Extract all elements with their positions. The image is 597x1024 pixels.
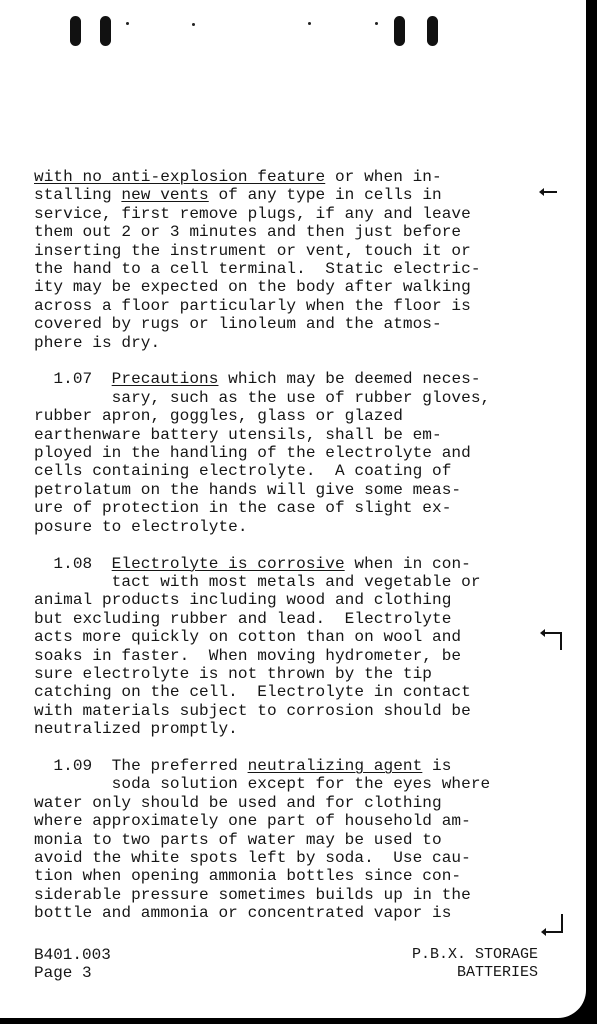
underlined-term: with no anti-explosion feature xyxy=(34,168,325,186)
text-line: the hand to a cell terminal. Static elec… xyxy=(34,260,574,278)
text-run: monia to two parts of water may be used … xyxy=(34,831,442,849)
footer-title-line1: P.B.X. STORAGE xyxy=(412,946,538,963)
text-line: siderable pressure sometimes builds up i… xyxy=(34,886,574,904)
text-line: rubber apron, goggles, glass or glazed xyxy=(34,407,574,425)
punch-hole-icon xyxy=(100,16,111,46)
paragraph-1-08: 1.08 Electrolyte is corrosive when in co… xyxy=(34,555,574,739)
underlined-term: Electrolyte is corrosive xyxy=(112,555,345,573)
text-line: with no anti-explosion feature or when i… xyxy=(34,168,574,186)
text-run: soaks in faster. When moving hydrometer,… xyxy=(34,647,461,665)
document-page: with no anti-explosion feature or when i… xyxy=(0,0,586,1018)
text-run: covered by rugs or linoleum and the atmo… xyxy=(34,315,442,333)
text-run: sure electrolyte is not thrown by the ti… xyxy=(34,665,432,683)
scan-speck xyxy=(192,23,195,26)
underlined-term: neutralizing agent xyxy=(248,757,423,775)
text-run: inserting the instrument or vent, touch … xyxy=(34,242,471,260)
text-line: 1.08 Electrolyte is corrosive when in co… xyxy=(34,555,574,573)
text-line: sure electrolyte is not thrown by the ti… xyxy=(34,665,574,683)
footer-right: P.B.X. STORAGE BATTERIES xyxy=(412,946,538,983)
text-line: service, first remove plugs, if any and … xyxy=(34,205,574,223)
text-run: water only should be used and for clothi… xyxy=(34,794,442,812)
text-run: animal products including wood and cloth… xyxy=(34,591,451,609)
text-run: ure of protection in the case of slight … xyxy=(34,499,451,517)
paragraph-gap xyxy=(34,352,574,370)
text-line: covered by rugs or linoleum and the atmo… xyxy=(34,315,574,333)
text-run: posure to electrolyte. xyxy=(34,518,248,536)
footer-title-line2: BATTERIES xyxy=(457,964,538,981)
text-line: 1.07 Precautions which may be deemed nec… xyxy=(34,370,574,388)
text-line: soaks in faster. When moving hydrometer,… xyxy=(34,647,574,665)
punch-hole-icon xyxy=(394,16,405,46)
text-line: but excluding rubber and lead. Electroly… xyxy=(34,610,574,628)
text-line: cells containing electrolyte. A coating … xyxy=(34,462,574,480)
text-run: tion when opening ammonia bottles since … xyxy=(34,867,461,885)
scan-speck xyxy=(375,22,378,25)
text-line: animal products including wood and cloth… xyxy=(34,591,574,609)
text-line: where approximately one part of househol… xyxy=(34,812,574,830)
punch-hole-icon xyxy=(70,16,81,46)
text-line: petrolatum on the hands will give some m… xyxy=(34,481,574,499)
text-run: neutralized promptly. xyxy=(34,720,238,738)
text-line: monia to two parts of water may be used … xyxy=(34,831,574,849)
document-body: with no anti-explosion feature or when i… xyxy=(34,168,574,923)
text-run: across a floor particularly when the flo… xyxy=(34,297,471,315)
text-line: ure of protection in the case of slight … xyxy=(34,499,574,517)
document-number: B401.003 xyxy=(34,946,111,964)
text-run: rubber apron, goggles, glass or glazed xyxy=(34,407,403,425)
text-line: posure to electrolyte. xyxy=(34,518,574,536)
text-run: ployed in the handling of the electrolyt… xyxy=(34,444,471,462)
text-run: them out 2 or 3 minutes and then just be… xyxy=(34,223,461,241)
text-run: 1.07 xyxy=(34,370,112,388)
paragraph-gap xyxy=(34,739,574,757)
text-run: where approximately one part of househol… xyxy=(34,812,471,830)
text-run: tact with most metals and vegetable or xyxy=(34,573,481,591)
punch-hole-icon xyxy=(427,16,438,46)
text-run: acts more quickly on cotton than on wool… xyxy=(34,628,461,646)
text-line: ployed in the handling of the electrolyt… xyxy=(34,444,574,462)
paragraph-continuation: with no anti-explosion feature or when i… xyxy=(34,168,574,352)
text-run: service, first remove plugs, if any and … xyxy=(34,205,471,223)
text-line: phere is dry. xyxy=(34,334,574,352)
text-run: siderable pressure sometimes builds up i… xyxy=(34,886,471,904)
text-run: ity may be expected on the body after wa… xyxy=(34,278,471,296)
text-run: phere is dry. xyxy=(34,334,160,352)
revision-arrow-icon xyxy=(541,191,557,193)
text-line: 1.09 The preferred neutralizing agent is xyxy=(34,757,574,775)
text-run: or when in- xyxy=(325,168,442,186)
text-run: earthenware battery utensils, shall be e… xyxy=(34,426,442,444)
text-run: petrolatum on the hands will give some m… xyxy=(34,481,461,499)
text-line: with materials subject to corrosion shou… xyxy=(34,702,574,720)
text-run: the hand to a cell terminal. Static elec… xyxy=(34,260,481,278)
text-line: acts more quickly on cotton than on wool… xyxy=(34,628,574,646)
text-line: earthenware battery utensils, shall be e… xyxy=(34,426,574,444)
scan-speck xyxy=(126,22,129,25)
text-line: water only should be used and for clothi… xyxy=(34,794,574,812)
text-line: ity may be expected on the body after wa… xyxy=(34,278,574,296)
footer-left: B401.003 Page 3 xyxy=(34,946,111,983)
text-run: catching on the cell. Electrolyte in con… xyxy=(34,683,471,701)
text-run: 1.08 xyxy=(34,555,112,573)
text-line: tact with most metals and vegetable or xyxy=(34,573,574,591)
paragraph-1-09: 1.09 The preferred neutralizing agent is… xyxy=(34,757,574,923)
text-run: sary, such as the use of rubber gloves, xyxy=(34,389,490,407)
text-run: but excluding rubber and lead. Electroly… xyxy=(34,610,451,628)
page-number: Page 3 xyxy=(34,964,92,982)
text-line: across a floor particularly when the flo… xyxy=(34,297,574,315)
paragraph-gap xyxy=(34,536,574,554)
text-run: is xyxy=(422,757,451,775)
text-line: sary, such as the use of rubber gloves, xyxy=(34,389,574,407)
text-run: of any type in cells in xyxy=(209,186,442,204)
text-run: avoid the white spots left by soda. Use … xyxy=(34,849,471,867)
text-run: 1.09 The preferred xyxy=(34,757,248,775)
text-run: cells containing electrolyte. A coating … xyxy=(34,462,451,480)
text-run: when in con- xyxy=(345,555,471,573)
underlined-term: new vents xyxy=(121,186,208,204)
text-run: bottle and ammonia or concentrated vapor… xyxy=(34,904,451,922)
scan-speck xyxy=(308,22,311,25)
underlined-term: Precautions xyxy=(112,370,219,388)
revision-bracket-start-icon xyxy=(544,632,562,650)
text-line: inserting the instrument or vent, touch … xyxy=(34,242,574,260)
text-run: with materials subject to corrosion shou… xyxy=(34,702,471,720)
text-run: which may be deemed neces- xyxy=(218,370,480,388)
text-run: stalling xyxy=(34,186,121,204)
text-line: soda solution except for the eyes where xyxy=(34,775,574,793)
text-line: bottle and ammonia or concentrated vapor… xyxy=(34,904,574,922)
text-line: tion when opening ammonia bottles since … xyxy=(34,867,574,885)
text-line: neutralized promptly. xyxy=(34,720,574,738)
paragraph-1-07: 1.07 Precautions which may be deemed nec… xyxy=(34,370,574,536)
text-line: catching on the cell. Electrolyte in con… xyxy=(34,683,574,701)
text-line: avoid the white spots left by soda. Use … xyxy=(34,849,574,867)
revision-bracket-end-icon xyxy=(545,914,563,933)
text-line: them out 2 or 3 minutes and then just be… xyxy=(34,223,574,241)
text-run: soda solution except for the eyes where xyxy=(34,775,490,793)
text-line: stalling new vents of any type in cells … xyxy=(34,186,574,204)
